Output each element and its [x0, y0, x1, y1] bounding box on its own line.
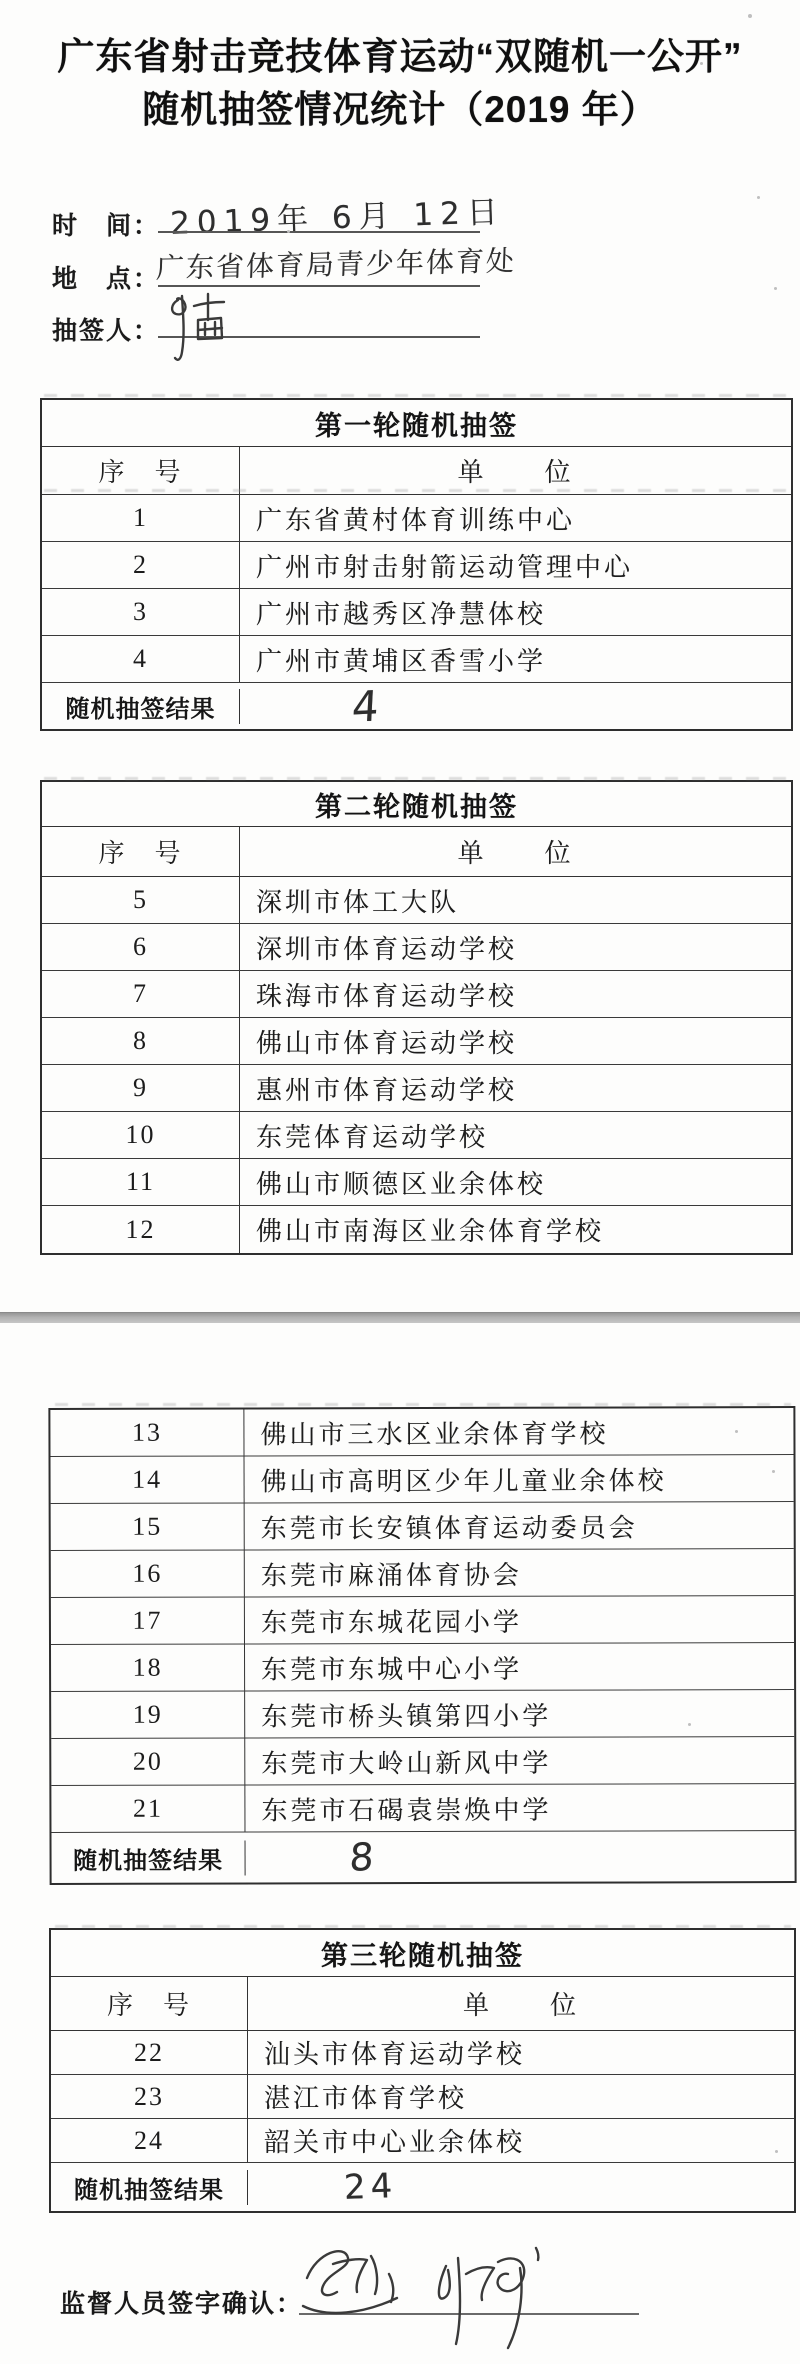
round3-table: 第三轮随机抽签 序 号 单 位 22汕头市体育运动学校23湛江市体育学校24韶关…	[49, 1928, 796, 2213]
table-row: 13佛山市三水区业余体育学校	[50, 1408, 793, 1457]
row-number: 18	[51, 1644, 245, 1691]
table-row: 22汕头市体育运动学校	[51, 2031, 794, 2075]
table-row: 10东莞体育运动学校	[42, 1112, 791, 1159]
row-number: 4	[42, 636, 240, 682]
row-number: 6	[42, 924, 240, 970]
row-number: 21	[51, 1785, 245, 1832]
round2-table-title: 第二轮随机抽签	[42, 782, 791, 827]
table-row: 23湛江市体育学校	[51, 2075, 794, 2119]
document-title-line1: 广东省射击竞技体育运动“双随机一公开”	[0, 30, 800, 83]
row-number: 8	[42, 1018, 240, 1064]
table-row: 4广州市黄埔区香雪小学	[42, 636, 791, 683]
table-row: 11佛山市顺德区业余体校	[42, 1159, 791, 1206]
table-row: 20东莞市大岭山新风中学	[51, 1737, 794, 1786]
row-unit: 佛山市体育运动学校	[240, 1018, 791, 1064]
column-header-number: 序 号	[42, 447, 240, 494]
row-number: 10	[42, 1112, 240, 1158]
row-number: 7	[42, 971, 240, 1017]
scan-speck	[772, 1470, 775, 1473]
round1-table-header: 序 号 单 位	[42, 447, 791, 495]
row-number: 9	[42, 1065, 240, 1111]
page-separator	[0, 1312, 800, 1323]
row-number: 13	[50, 1409, 244, 1456]
row-unit: 佛山市南海区业余体育学校	[240, 1206, 791, 1253]
row-unit: 广州市越秀区净慧体校	[240, 589, 791, 635]
place-handwritten-value: 广东省体育局青少年体育处	[155, 239, 516, 287]
row-unit: 广东省黄村体育训练中心	[240, 495, 791, 541]
column-header-number: 序 号	[51, 1977, 248, 2030]
row-number: 3	[42, 589, 240, 635]
table-row: 15东莞市长安镇体育运动委员会	[51, 1502, 794, 1551]
table-row: 6深圳市体育运动学校	[42, 924, 791, 971]
result-label: 随机抽签结果	[52, 1840, 246, 1876]
scan-smear	[55, 1403, 791, 1406]
table-row: 2广州市射击射箭运动管理中心	[42, 542, 791, 589]
time-label: 时 间：	[52, 206, 160, 242]
table-row: 12佛山市南海区业余体育学校	[42, 1206, 791, 1253]
row-unit: 惠州市体育运动学校	[240, 1065, 791, 1111]
scanned-document-page: 广东省射击竞技体育运动“双随机一公开” 随机抽签情况统计（2019 年） 时 间…	[0, 0, 800, 2364]
scan-speck	[700, 62, 703, 65]
scan-speck	[757, 196, 760, 199]
result-label: 随机抽签结果	[42, 689, 240, 724]
round3-result-row: 随机抽签结果 24	[51, 2163, 794, 2211]
row-unit: 东莞体育运动学校	[240, 1112, 791, 1158]
scan-smear	[44, 394, 786, 397]
row-number: 11	[42, 1159, 240, 1205]
row-unit: 广州市射击射箭运动管理中心	[240, 542, 791, 588]
row-number: 23	[51, 2075, 248, 2118]
row-unit: 东莞市麻涌体育协会	[245, 1549, 794, 1596]
row-number: 19	[51, 1691, 245, 1738]
row-unit: 东莞市石碣袁崇焕中学	[245, 1784, 794, 1831]
result-handwritten-value: 8	[348, 1834, 377, 1880]
round1-table-body: 1广东省黄村体育训练中心2广州市射击射箭运动管理中心3广州市越秀区净慧体校4广州…	[42, 495, 791, 683]
row-number: 20	[51, 1738, 245, 1785]
scan-speck	[774, 287, 777, 290]
row-unit: 韶关市中心业余体校	[248, 2119, 794, 2162]
result-cell: 24	[248, 2167, 794, 2207]
scan-smear	[55, 1925, 791, 1928]
result-cell: 8	[245, 1834, 794, 1879]
row-unit: 广州市黄埔区香雪小学	[240, 636, 791, 682]
round2-result-row: 随机抽签结果 8	[51, 1831, 794, 1883]
row-unit: 东莞市桥头镇第四小学	[245, 1690, 794, 1737]
supervisor-signature-2	[424, 2240, 554, 2358]
row-unit: 珠海市体育运动学校	[240, 971, 791, 1017]
table-row: 19东莞市桥头镇第四小学	[51, 1690, 794, 1739]
row-unit: 佛山市高明区少年儿童业余体校	[245, 1455, 794, 1502]
document-title-line2: 随机抽签情况统计（2019 年）	[0, 83, 800, 136]
row-number: 1	[42, 495, 240, 541]
row-unit: 东莞市东城中心小学	[245, 1643, 794, 1690]
row-unit: 佛山市三水区业余体育学校	[244, 1408, 793, 1455]
column-header-unit: 单 位	[240, 827, 791, 876]
row-number: 16	[51, 1550, 245, 1597]
row-unit: 东莞市长安镇体育运动委员会	[245, 1502, 794, 1549]
round1-result-row: 随机抽签结果 4	[42, 683, 791, 729]
supervisor-signature-1	[293, 2234, 411, 2334]
scan-smear	[44, 777, 786, 780]
table-row: 14佛山市高明区少年儿童业余体校	[51, 1455, 794, 1504]
result-handwritten-value: 24	[343, 2166, 398, 2208]
round1-table-title: 第一轮随机抽签	[42, 400, 791, 447]
table-row: 1广东省黄村体育训练中心	[42, 495, 791, 542]
round2-continuation-body: 13佛山市三水区业余体育学校14佛山市高明区少年儿童业余体校15东莞市长安镇体育…	[50, 1408, 794, 1833]
scan-speck	[775, 2150, 778, 2153]
row-unit: 深圳市体育运动学校	[240, 924, 791, 970]
table-row: 3广州市越秀区净慧体校	[42, 589, 791, 636]
table-row: 21东莞市石碣袁崇焕中学	[51, 1784, 794, 1833]
document-title: 广东省射击竞技体育运动“双随机一公开” 随机抽签情况统计（2019 年）	[0, 30, 800, 136]
row-number: 12	[42, 1206, 240, 1253]
row-unit: 汕头市体育运动学校	[248, 2031, 794, 2074]
result-cell: 4	[240, 682, 791, 731]
round2-table-continuation: 13佛山市三水区业余体育学校14佛山市高明区少年儿童业余体校15东莞市长安镇体育…	[48, 1406, 796, 1885]
round3-table-header: 序 号 单 位	[51, 1977, 794, 2031]
row-number: 2	[42, 542, 240, 588]
time-underline	[158, 231, 480, 233]
column-header-unit: 单 位	[240, 447, 791, 494]
table-row: 17东莞市东城花园小学	[51, 1596, 794, 1645]
round2-table: 第二轮随机抽签 序 号 单 位 5深圳市体工大队6深圳市体育运动学校7珠海市体育…	[40, 780, 793, 1255]
table-row: 7珠海市体育运动学校	[42, 971, 791, 1018]
drawer-label: 抽签人：	[52, 311, 160, 347]
table-row: 8佛山市体育运动学校	[42, 1018, 791, 1065]
row-number: 15	[51, 1503, 245, 1550]
supervisor-confirm-label: 监督人员签字确认：	[60, 2284, 303, 2320]
row-unit: 深圳市体工大队	[240, 877, 791, 923]
scan-speck	[287, 230, 290, 233]
time-handwritten-value: 2019年 6月 12日	[169, 186, 505, 243]
result-handwritten-value: 4	[351, 681, 383, 732]
row-number: 24	[51, 2119, 248, 2162]
row-unit: 东莞市东城花园小学	[245, 1596, 794, 1643]
scan-speck	[688, 1723, 691, 1726]
scan-smear	[44, 489, 786, 492]
row-unit: 佛山市顺德区业余体校	[240, 1159, 791, 1205]
scan-speck	[748, 14, 752, 18]
drawer-signature	[158, 290, 244, 366]
table-row: 9惠州市体育运动学校	[42, 1065, 791, 1112]
row-number: 17	[51, 1597, 245, 1644]
result-label: 随机抽签结果	[51, 2170, 248, 2205]
round2-table-header: 序 号 单 位	[42, 827, 791, 877]
row-number: 14	[51, 1456, 245, 1503]
round3-table-body: 22汕头市体育运动学校23湛江市体育学校24韶关市中心业余体校	[51, 2031, 794, 2163]
column-header-number: 序 号	[42, 827, 240, 876]
round3-table-title: 第三轮随机抽签	[51, 1930, 794, 1977]
row-number: 22	[51, 2031, 248, 2074]
table-row: 16东莞市麻涌体育协会	[51, 1549, 794, 1598]
table-row: 24韶关市中心业余体校	[51, 2119, 794, 2163]
round1-table: 第一轮随机抽签 序 号 单 位 1广东省黄村体育训练中心2广州市射击射箭运动管理…	[40, 398, 793, 731]
table-row: 5深圳市体工大队	[42, 877, 791, 924]
scan-speck	[735, 1430, 738, 1433]
table-row: 18东莞市东城中心小学	[51, 1643, 794, 1692]
column-header-unit: 单 位	[248, 1977, 794, 2030]
place-label: 地 点：	[52, 259, 160, 295]
round2-table-body: 5深圳市体工大队6深圳市体育运动学校7珠海市体育运动学校8佛山市体育运动学校9惠…	[42, 877, 791, 1253]
place-underline	[158, 285, 480, 287]
row-unit: 湛江市体育学校	[248, 2075, 794, 2118]
row-number: 5	[42, 877, 240, 923]
row-unit: 东莞市大岭山新风中学	[245, 1737, 794, 1784]
